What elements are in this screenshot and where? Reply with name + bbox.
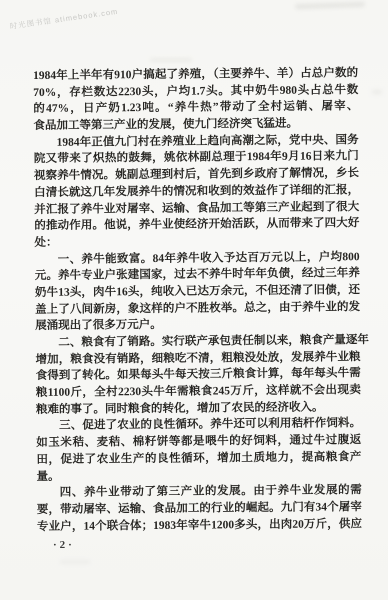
scan-smudge [372,90,382,94]
scan-smudge [295,2,365,9]
text-line: 专业户，14个联合体；1983年宰牛1200多头，出肉20万斤，供应 [37,516,362,536]
page-number: ·2· [53,539,75,551]
scanned-document-page: 时光图书馆 atimebook.com 1984年上半年有910户搞起了养殖，（… [0,0,388,600]
body-text: 1984年上半年有910户搞起了养殖，（主要养牛、羊）占总户数的70%，存栏数达… [33,65,362,535]
text-line: 田，促进了农业生产的良性循环，增加土质地力，提高粮食产 [36,449,361,469]
watermark: 时光图书馆 atimebook.com [9,6,119,32]
text-line: 的推动作用。他说，养牛业使经济开始活跃，从而带来了四大好 [34,215,359,235]
scan-smudge [60,560,90,564]
text-line: 盖上了八间新房，象这样的户不胜枚举。总之，由于养牛业的发 [35,299,360,319]
text-line: 的47%，日产奶1.23吨。“养牛热”带动了全村运销、屠宰、 [33,99,358,119]
scan-smudge [150,58,192,62]
